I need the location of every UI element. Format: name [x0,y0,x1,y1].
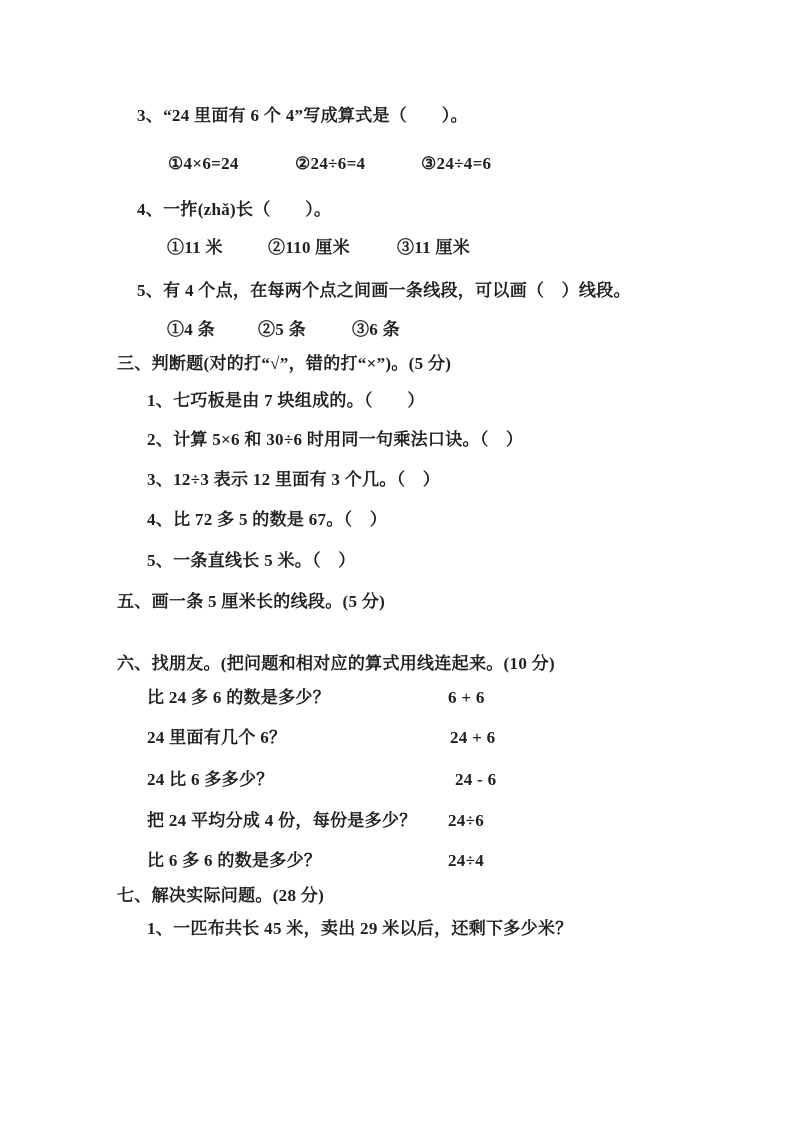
section-title-text: 三、判断题(对的打“√”，错的打“×”)。(5 分) [117,352,451,376]
match-row: 24 比 6 多多少？ 24 - 6 [0,768,793,792]
match-question: 比 24 多 6 的数是多少？ [147,686,330,710]
question-text: 4、一拃(zhǎ)长（ ）。 [137,198,331,222]
judge-item: 3、12÷3 表示 12 里面有 3 个几。（ ） [0,468,793,492]
judge-item-text: 3、12÷3 表示 12 里面有 3 个几。（ ） [147,468,440,492]
worksheet-page: 3、“24 里面有 6 个 4”写成算式是（ ）。 ①4×6=24 ②24÷6=… [0,0,793,1122]
match-expression: 24÷6 [448,809,484,833]
match-expression: 24 - 6 [455,768,496,792]
judge-item-text: 1、七巧板是由 7 块组成的。（ ） [147,389,425,413]
match-row: 比 6 多 6 的数是多少？ 24÷4 [0,849,793,873]
section-title-solve: 七、解决实际问题。(28 分) [0,884,793,908]
judge-item: 2、计算 5×6 和 30÷6 时用同一句乘法口诀。（ ） [0,428,793,452]
judge-item: 1、七巧板是由 7 块组成的。（ ） [0,389,793,413]
solve-item: 1、一匹布共长 45 米，卖出 29 米以后，还剩下多少米？ [0,917,793,941]
choice-question-stem: 5、有 4 个点，在每两个点之间画一条线段，可以画（ ）线段。 [0,279,793,303]
match-question: 把 24 平均分成 4 份，每份是多少？ [147,809,417,833]
option: ①4 条 [167,318,215,342]
choice-options-row: ①11 米 ②110 厘米 ③11 厘米 [0,236,793,260]
match-row: 24 里面有几个 6？ 24 + 6 [0,726,793,750]
question-text: 5、有 4 个点，在每两个点之间画一条线段，可以画（ ）线段。 [137,279,631,303]
section-title-text: 五、画一条 5 厘米长的线段。(5 分) [117,590,385,614]
section-title-judge: 三、判断题(对的打“√”，错的打“×”)。(5 分) [0,352,793,376]
match-row: 把 24 平均分成 4 份，每份是多少？ 24÷6 [0,809,793,833]
option: ①4×6=24 [168,152,239,176]
option: ②110 厘米 [268,236,350,260]
match-question: 24 里面有几个 6？ [147,726,286,750]
option: ③6 条 [352,318,400,342]
section-title-draw: 五、画一条 5 厘米长的线段。(5 分) [0,590,793,614]
match-question: 24 比 6 多多少？ [147,768,274,792]
option: ③11 厘米 [397,236,470,260]
section-title-text: 七、解决实际问题。(28 分) [117,884,324,908]
judge-item: 4、比 72 多 5 的数是 67。（ ） [0,508,793,532]
question-text: 3、“24 里面有 6 个 4”写成算式是（ ）。 [137,104,468,128]
choice-question-stem: 4、一拃(zhǎ)长（ ）。 [0,198,793,222]
match-question: 比 6 多 6 的数是多少？ [147,849,321,873]
choice-options-row: ①4 条 ②5 条 ③6 条 [0,318,793,342]
match-expression: 6 + 6 [448,686,485,710]
solve-item-text: 1、一匹布共长 45 米，卖出 29 米以后，还剩下多少米？ [147,917,573,941]
judge-item: 5、一条直线长 5 米。（ ） [0,549,793,573]
option: ①11 米 [167,236,223,260]
choice-options-row: ①4×6=24 ②24÷6=4 ③24÷4=6 [0,152,793,176]
match-expression: 24÷4 [448,849,484,873]
section-title-text: 六、找朋友。(把问题和相对应的算式用线连起来。(10 分) [117,652,555,676]
option: ②24÷6=4 [295,152,365,176]
section-title-match: 六、找朋友。(把问题和相对应的算式用线连起来。(10 分) [0,652,793,676]
match-expression: 24 + 6 [450,726,496,750]
judge-item-text: 4、比 72 多 5 的数是 67。（ ） [147,508,387,532]
option: ③24÷4=6 [421,152,491,176]
judge-item-text: 5、一条直线长 5 米。（ ） [147,549,356,573]
match-row: 比 24 多 6 的数是多少？ 6 + 6 [0,686,793,710]
judge-item-text: 2、计算 5×6 和 30÷6 时用同一句乘法口诀。（ ） [147,428,523,452]
option: ②5 条 [258,318,306,342]
choice-question-stem: 3、“24 里面有 6 个 4”写成算式是（ ）。 [0,104,793,128]
